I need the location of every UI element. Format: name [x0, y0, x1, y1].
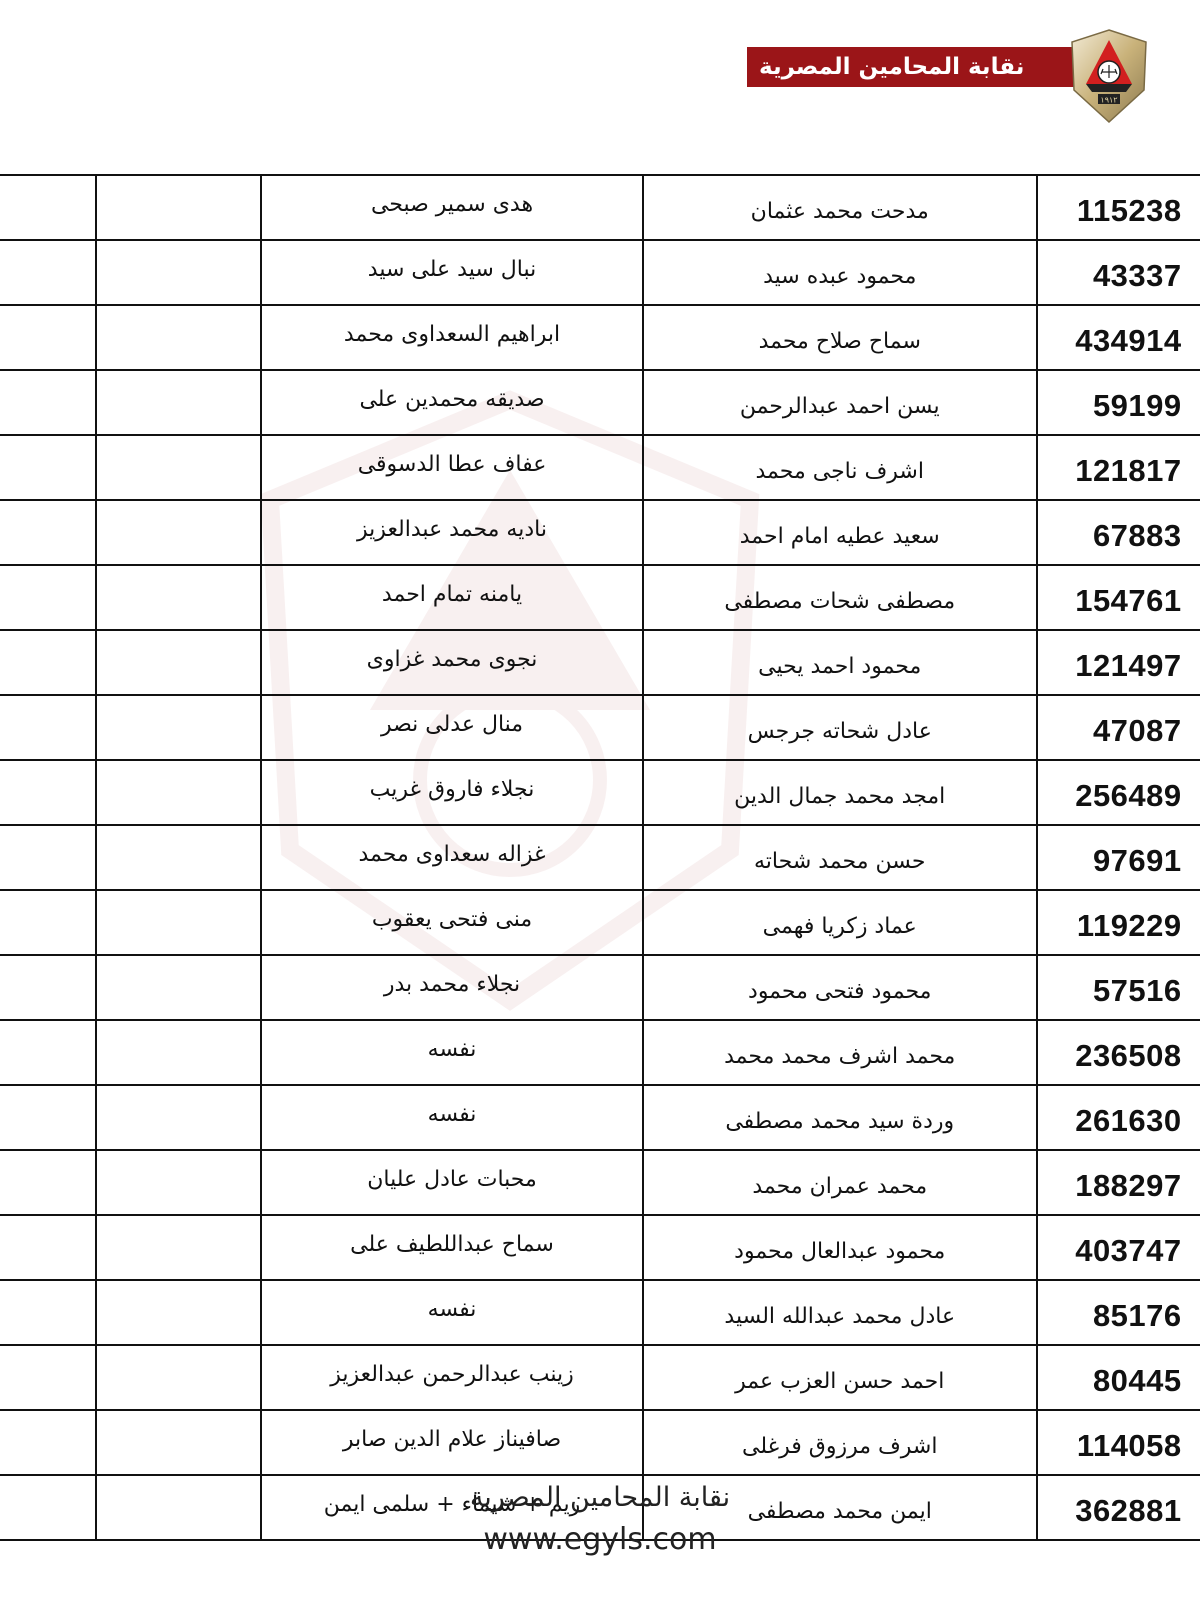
- empty-cell: [0, 630, 96, 695]
- lawyer-name-cell: سعيد عطيه امام احمد: [643, 500, 1037, 565]
- membership-number-cell: 114058: [1037, 1410, 1200, 1475]
- table-row: يامنه تمام احمد مصطفى شحات مصطفى 154761: [0, 565, 1200, 630]
- lawyer-name-cell: احمد حسن العزب عمر: [643, 1345, 1037, 1410]
- empty-cell: [96, 305, 261, 370]
- empty-cell: [0, 1215, 96, 1280]
- beneficiary-name-cell: سماح عبداللطيف على: [261, 1215, 643, 1280]
- empty-cell: [0, 890, 96, 955]
- empty-cell: [96, 1020, 261, 1085]
- membership-number: 256489: [1068, 778, 1182, 814]
- table-row: سماح عبداللطيف على محمود عبدالعال محمود …: [0, 1215, 1200, 1280]
- beneficiary-name-cell: نفسه: [261, 1280, 643, 1345]
- empty-cell: [0, 1150, 96, 1215]
- membership-number-cell: 85176: [1037, 1280, 1200, 1345]
- lawyer-name-cell: محمد اشرف محمد محمد: [643, 1020, 1037, 1085]
- beneficiary-name-cell: منى فتحى يعقوب: [261, 890, 643, 955]
- beneficiary-name-cell: نفسه: [261, 1020, 643, 1085]
- empty-cell: [0, 500, 96, 565]
- lawyer-name-cell: عادل شحاته جرجس: [643, 695, 1037, 760]
- table-row: عفاف عطا الدسوقى اشرف ناجى محمد 121817: [0, 435, 1200, 500]
- beneficiary-name-cell: يامنه تمام احمد: [261, 565, 643, 630]
- beneficiary-name-cell: هدى سمير صبحى: [261, 175, 643, 240]
- empty-cell: [96, 370, 261, 435]
- lawyer-name-cell: امجد محمد جمال الدين: [643, 760, 1037, 825]
- lawyer-name-cell: حسن محمد شحاته: [643, 825, 1037, 890]
- membership-number-cell: 67883: [1037, 500, 1200, 565]
- table-row: هدى سمير صبحى مدحت محمد عثمان 115238: [0, 175, 1200, 240]
- membership-number: 59199: [1068, 388, 1182, 424]
- lawyer-name-cell: عادل محمد عبدالله السيد: [643, 1280, 1037, 1345]
- membership-number: 47087: [1068, 713, 1182, 749]
- lawyer-name-cell: محمود عبدالعال محمود: [643, 1215, 1037, 1280]
- table-row: صافيناز علام الدين صابر اشرف مرزوق فرغلى…: [0, 1410, 1200, 1475]
- beneficiary-name-cell: نجلاء فاروق غريب: [261, 760, 643, 825]
- membership-number-cell: 434914: [1037, 305, 1200, 370]
- membership-number-cell: 261630: [1037, 1085, 1200, 1150]
- lawyer-name-cell: سماح صلاح محمد: [643, 305, 1037, 370]
- empty-cell: [96, 565, 261, 630]
- empty-cell: [0, 955, 96, 1020]
- empty-cell: [0, 305, 96, 370]
- membership-number-cell: 256489: [1037, 760, 1200, 825]
- membership-number: 80445: [1068, 1363, 1182, 1399]
- beneficiary-name-cell: زينب عبدالرحمن عبدالعزيز: [261, 1345, 643, 1410]
- header-organization-name: نقابة المحامين المصرية: [759, 54, 1024, 80]
- lawyer-name-cell: اشرف مرزوق فرغلى: [643, 1410, 1037, 1475]
- empty-cell: [96, 890, 261, 955]
- beneficiary-name-cell: عفاف عطا الدسوقى: [261, 435, 643, 500]
- table-row: محبات عادل عليان محمد عمران محمد 188297: [0, 1150, 1200, 1215]
- empty-cell: [96, 630, 261, 695]
- beneficiary-name-cell: صديقه محمدين على: [261, 370, 643, 435]
- table-row: نجوى محمد غزاوى محمود احمد يحيى 121497: [0, 630, 1200, 695]
- empty-cell: [0, 175, 96, 240]
- beneficiary-name-cell: ابراهيم السعداوى محمد: [261, 305, 643, 370]
- empty-cell: [0, 695, 96, 760]
- membership-number: 97691: [1068, 843, 1182, 879]
- membership-number: 115238: [1068, 193, 1182, 229]
- beneficiary-name-cell: نفسه: [261, 1085, 643, 1150]
- table-row: نفسه عادل محمد عبدالله السيد 85176: [0, 1280, 1200, 1345]
- membership-number: 154761: [1068, 583, 1182, 619]
- empty-cell: [0, 240, 96, 305]
- empty-cell: [0, 370, 96, 435]
- empty-cell: [0, 565, 96, 630]
- membership-number: 236508: [1068, 1038, 1182, 1074]
- logo-year: ١٩١٢: [1100, 96, 1117, 105]
- empty-cell: [96, 1410, 261, 1475]
- lawyer-name-cell: مصطفى شحات مصطفى: [643, 565, 1037, 630]
- empty-cell: [96, 240, 261, 305]
- empty-cell: [0, 825, 96, 890]
- empty-cell: [0, 1020, 96, 1085]
- table-row: ابراهيم السعداوى محمد سماح صلاح محمد 434…: [0, 305, 1200, 370]
- membership-number: 85176: [1068, 1298, 1182, 1334]
- membership-number-cell: 188297: [1037, 1150, 1200, 1215]
- beneficiary-name-cell: نجلاء محمد بدر: [261, 955, 643, 1020]
- membership-number-cell: 154761: [1037, 565, 1200, 630]
- table-row: منال عدلى نصر عادل شحاته جرجس 47087: [0, 695, 1200, 760]
- membership-number-cell: 59199: [1037, 370, 1200, 435]
- empty-cell: [96, 500, 261, 565]
- beneficiary-name-cell: نجوى محمد غزاوى: [261, 630, 643, 695]
- membership-number: 43337: [1068, 258, 1182, 294]
- membership-number-cell: 119229: [1037, 890, 1200, 955]
- membership-number-cell: 80445: [1037, 1345, 1200, 1410]
- empty-cell: [0, 1085, 96, 1150]
- footer: نقابة المحامين المصرية www.egyls.com: [0, 1478, 1200, 1562]
- lawyer-name-cell: محمود فتحى محمود: [643, 955, 1037, 1020]
- lawyer-name-cell: محمود احمد يحيى: [643, 630, 1037, 695]
- table-row: زينب عبدالرحمن عبدالعزيز احمد حسن العزب …: [0, 1345, 1200, 1410]
- table-row: نجلاء محمد بدر محمود فتحى محمود 57516: [0, 955, 1200, 1020]
- membership-number: 67883: [1068, 518, 1182, 554]
- membership-number-cell: 97691: [1037, 825, 1200, 890]
- beneficiary-name-cell: محبات عادل عليان: [261, 1150, 643, 1215]
- empty-cell: [0, 1410, 96, 1475]
- bar-association-logo-icon: ١٩١٢: [1068, 28, 1150, 124]
- membership-number: 188297: [1068, 1168, 1182, 1204]
- empty-cell: [0, 760, 96, 825]
- membership-number: 57516: [1068, 973, 1182, 1009]
- table-row: غزاله سعداوى محمد حسن محمد شحاته 97691: [0, 825, 1200, 890]
- lawyer-name-cell: اشرف ناجى محمد: [643, 435, 1037, 500]
- footer-organization-name: نقابة المحامين المصرية: [0, 1478, 1200, 1518]
- empty-cell: [96, 1280, 261, 1345]
- membership-number: 121817: [1068, 453, 1182, 489]
- lawyer-name-cell: مدحت محمد عثمان: [643, 175, 1037, 240]
- footer-website-link[interactable]: www.egyls.com: [0, 1518, 1200, 1562]
- membership-number-cell: 121817: [1037, 435, 1200, 500]
- membership-number: 403747: [1068, 1233, 1182, 1269]
- membership-number: 119229: [1068, 908, 1182, 944]
- empty-cell: [0, 1345, 96, 1410]
- membership-number-cell: 236508: [1037, 1020, 1200, 1085]
- membership-number: 114058: [1068, 1428, 1182, 1464]
- empty-cell: [96, 825, 261, 890]
- lawyers-table: هدى سمير صبحى مدحت محمد عثمان 115238 نبا…: [0, 174, 1200, 1541]
- beneficiary-name-cell: صافيناز علام الدين صابر: [261, 1410, 643, 1475]
- lawyer-name-cell: محمود عبده سيد: [643, 240, 1037, 305]
- table-row: صديقه محمدين على يسن احمد عبدالرحمن 5919…: [0, 370, 1200, 435]
- empty-cell: [0, 1280, 96, 1345]
- empty-cell: [0, 435, 96, 500]
- table-row: نبال سيد على سيد محمود عبده سيد 43337: [0, 240, 1200, 305]
- empty-cell: [96, 1150, 261, 1215]
- empty-cell: [96, 175, 261, 240]
- beneficiary-name-cell: نبال سيد على سيد: [261, 240, 643, 305]
- empty-cell: [96, 955, 261, 1020]
- membership-number-cell: 43337: [1037, 240, 1200, 305]
- empty-cell: [96, 760, 261, 825]
- table-row: نفسه وردة سيد محمد مصطفى 261630: [0, 1085, 1200, 1150]
- membership-number: 261630: [1068, 1103, 1182, 1139]
- table-row: ناديه محمد عبدالعزيز سعيد عطيه امام احمد…: [0, 500, 1200, 565]
- empty-cell: [96, 1085, 261, 1150]
- table-row: منى فتحى يعقوب عماد زكريا فهمى 119229: [0, 890, 1200, 955]
- beneficiary-name-cell: منال عدلى نصر: [261, 695, 643, 760]
- membership-number-cell: 121497: [1037, 630, 1200, 695]
- membership-number-cell: 47087: [1037, 695, 1200, 760]
- membership-number-cell: 403747: [1037, 1215, 1200, 1280]
- header-banner: نقابة المحامين المصرية: [747, 47, 1077, 87]
- membership-number: 434914: [1068, 323, 1182, 359]
- table-row: نجلاء فاروق غريب امجد محمد جمال الدين 25…: [0, 760, 1200, 825]
- lawyer-name-cell: وردة سيد محمد مصطفى: [643, 1085, 1037, 1150]
- table-row: نفسه محمد اشرف محمد محمد 236508: [0, 1020, 1200, 1085]
- lawyer-name-cell: محمد عمران محمد: [643, 1150, 1037, 1215]
- membership-number-cell: 115238: [1037, 175, 1200, 240]
- membership-number-cell: 57516: [1037, 955, 1200, 1020]
- empty-cell: [96, 1215, 261, 1280]
- beneficiary-name-cell: غزاله سعداوى محمد: [261, 825, 643, 890]
- lawyer-name-cell: عماد زكريا فهمى: [643, 890, 1037, 955]
- membership-number: 121497: [1068, 648, 1182, 684]
- beneficiary-name-cell: ناديه محمد عبدالعزيز: [261, 500, 643, 565]
- empty-cell: [96, 435, 261, 500]
- lawyer-name-cell: يسن احمد عبدالرحمن: [643, 370, 1037, 435]
- empty-cell: [96, 695, 261, 760]
- empty-cell: [96, 1345, 261, 1410]
